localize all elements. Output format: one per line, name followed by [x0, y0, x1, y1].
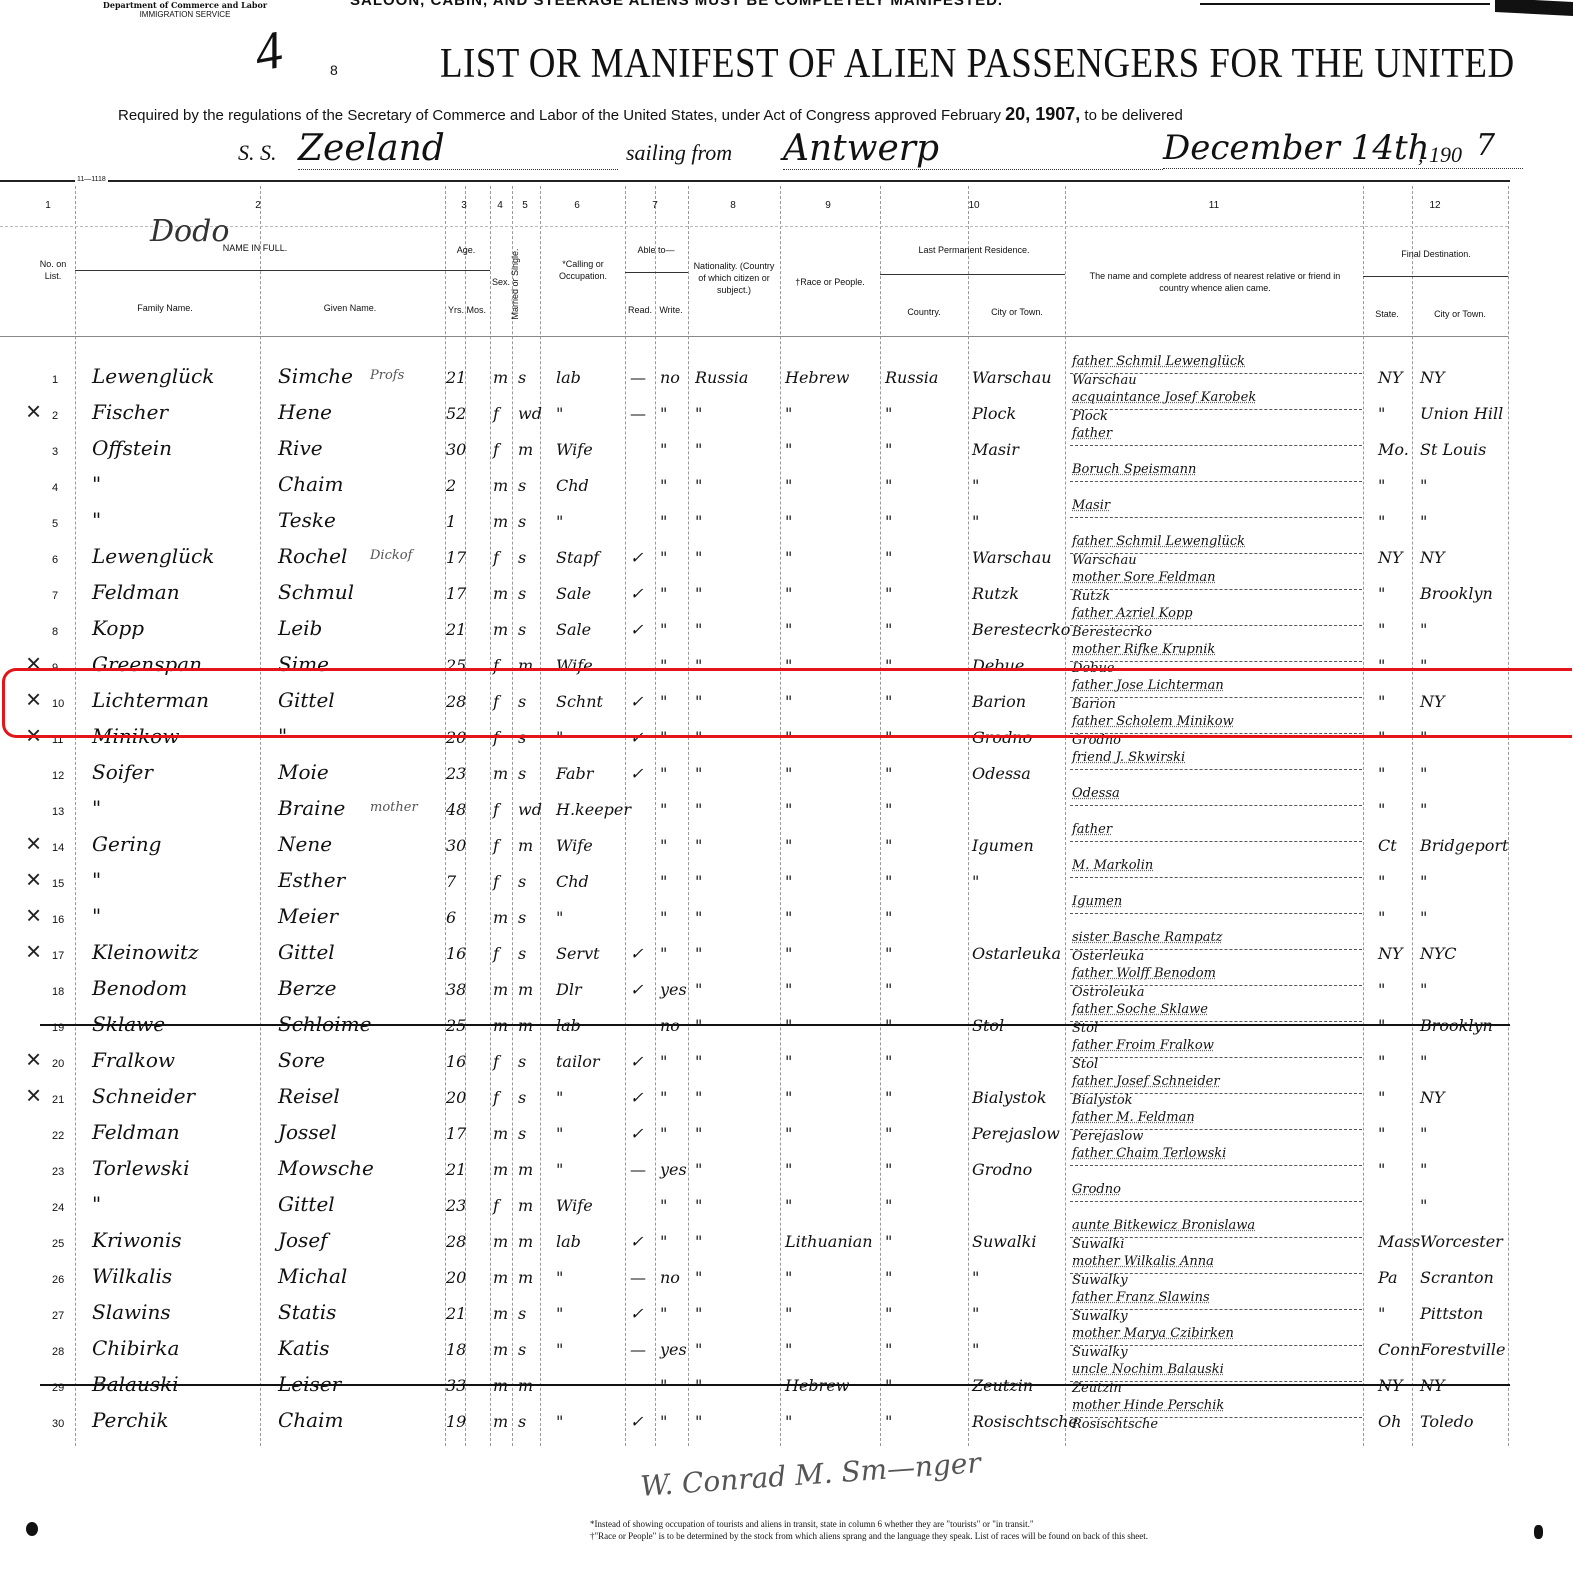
table-row: 27 Slawins Statis 21 m s " ✓ " " " " " f…	[0, 1292, 1510, 1328]
can-read: ✓	[630, 1304, 643, 1323]
residence-country: "	[885, 656, 892, 675]
marital-status: s	[518, 944, 526, 963]
age: 21	[446, 1160, 466, 1179]
residence-country: "	[885, 1196, 892, 1215]
relative-name: father Josef Schneider	[1072, 1074, 1220, 1089]
can-write: "	[660, 836, 667, 855]
age: 52	[446, 404, 466, 423]
table-row: × 20 Fralkow Sore 16 f s tailor ✓ " " " …	[0, 1040, 1510, 1076]
given-name: Statis	[278, 1300, 336, 1324]
relative-name: father M. Feldman	[1072, 1110, 1195, 1125]
occupation: "	[556, 512, 563, 531]
header-race: †Race or People.	[782, 276, 878, 288]
can-read: ✓	[630, 692, 643, 711]
residence-city: Warschau	[972, 548, 1052, 567]
destination-state: Ct	[1378, 836, 1397, 855]
sex: f	[493, 1196, 499, 1215]
marital-status: wd	[518, 800, 542, 819]
relative-dotted-rule	[1070, 625, 1362, 626]
table-row: 19 Sklawe Schloime 25 m m lab no " " " S…	[0, 1004, 1510, 1040]
occupation: Wife	[556, 440, 593, 459]
destination-state: "	[1378, 980, 1385, 999]
destination-state: "	[1378, 800, 1385, 819]
nationality: "	[695, 620, 702, 639]
given-name: Gittel	[278, 688, 335, 712]
given-name: Chaim	[278, 1408, 343, 1432]
nationality: "	[695, 1268, 702, 1287]
departure-port: Antwerp	[783, 128, 1163, 170]
given-name: Mowsche	[278, 1156, 374, 1180]
relative-place: Bialystok	[1072, 1093, 1133, 1108]
department-heading: Department of Commerce and Labor IMMIGRA…	[100, 0, 270, 20]
relative-place: Rutzk	[1072, 589, 1110, 604]
relative-dotted-rule	[1070, 1273, 1362, 1274]
residence-city: Rosischtsche	[972, 1412, 1078, 1431]
can-read: ✓	[630, 980, 643, 999]
race: "	[785, 440, 792, 459]
relative-name: mother Sore Feldman	[1072, 570, 1216, 585]
sheet-sub-number: 8	[330, 62, 338, 78]
age: 30	[446, 440, 466, 459]
destination-state: NY	[1378, 548, 1403, 567]
given-name-note: Profs	[370, 368, 404, 383]
can-read: —	[630, 368, 646, 387]
destination-state: "	[1378, 1124, 1385, 1143]
nationality: "	[695, 1304, 702, 1323]
family-name: Lichterman	[92, 688, 209, 712]
residence-city: "	[972, 1268, 979, 1287]
family-name: "	[92, 868, 101, 892]
relative-place: Suwalky	[1072, 1345, 1128, 1360]
age: 30	[446, 836, 466, 855]
relative-dotted-rule	[1070, 949, 1362, 950]
marital-status: m	[518, 440, 533, 459]
race: "	[785, 656, 792, 675]
destination-city: "	[1420, 656, 1427, 675]
relative-name: father Wolff Benodom	[1072, 966, 1216, 981]
destination-city: Brooklyn	[1420, 584, 1493, 603]
sex: m	[493, 1304, 508, 1323]
residence-country: "	[885, 1052, 892, 1071]
row-number: 7	[52, 590, 58, 602]
age: 23	[446, 764, 466, 783]
marital-status: m	[518, 1232, 533, 1251]
age: 28	[446, 692, 466, 711]
table-row: 4 " Chaim 2 m s Chd " " " " " Boruch Spe…	[0, 464, 1510, 500]
relative-dotted-rule	[1070, 805, 1362, 806]
nationality: "	[695, 908, 702, 927]
table-row: × 15 " Esther 7 f s Chd " " " " " M. Mar…	[0, 860, 1510, 896]
residence-country: "	[885, 620, 892, 639]
age: 18	[446, 1340, 466, 1359]
header-nationality: Nationality. (Country of which citizen o…	[690, 260, 778, 296]
can-write: "	[660, 404, 667, 423]
relative-dotted-rule	[1070, 1309, 1362, 1310]
given-name: Simche	[278, 364, 353, 388]
age: 25	[446, 656, 466, 675]
sex: f	[493, 872, 499, 891]
occupation: "	[556, 1160, 563, 1179]
nationality: "	[695, 584, 702, 603]
nationality: "	[695, 1412, 702, 1431]
table-row: 7 Feldman Schmul 17 m s Sale ✓ " " " " R…	[0, 572, 1510, 608]
residence-country: "	[885, 980, 892, 999]
relative-dotted-rule	[1070, 769, 1362, 770]
relative-dotted-rule	[1070, 1057, 1362, 1058]
sex: m	[493, 1160, 508, 1179]
column-number: 11	[1204, 200, 1224, 211]
column-number: 12	[1425, 200, 1445, 211]
x-mark: ×	[26, 684, 41, 715]
nationality: "	[695, 800, 702, 819]
occupation: "	[556, 1124, 563, 1143]
given-name: Meier	[278, 904, 338, 928]
marital-status: s	[518, 1088, 526, 1107]
destination-city: St Louis	[1420, 440, 1486, 459]
sex: m	[493, 1340, 508, 1359]
row-number: 28	[52, 1346, 64, 1358]
nationality: "	[695, 656, 702, 675]
relative-dotted-rule	[1070, 1237, 1362, 1238]
header-read: Read.	[626, 304, 654, 316]
can-write: "	[660, 908, 667, 927]
can-read: ✓	[630, 1412, 643, 1431]
page-title: LIST OR MANIFEST OF ALIEN PASSENGERS FOR…	[440, 40, 1515, 88]
marital-status: s	[518, 584, 526, 603]
x-mark: ×	[26, 900, 41, 931]
given-name: Moie	[278, 760, 329, 784]
destination-state: NY	[1378, 368, 1403, 387]
table-row: × 16 " Meier 6 m s " " " " " Igumen " "	[0, 896, 1510, 932]
can-write: no	[660, 1268, 680, 1287]
residence-country: "	[885, 548, 892, 567]
row-number: 14	[52, 842, 64, 854]
relative-place: Suwalky	[1072, 1273, 1128, 1288]
occupation: "	[556, 908, 563, 927]
residence-country: "	[885, 764, 892, 783]
footnote-race: †"Race or People" is to be determined by…	[590, 1530, 1148, 1542]
marital-status: s	[518, 1340, 526, 1359]
destination-city: Pittston	[1420, 1304, 1483, 1323]
relative-name: aunte Bitkewicz Bronislawa	[1072, 1218, 1255, 1233]
table-row: × 9 Greenspan Sime 25 f m Wife " " " " D…	[0, 644, 1510, 680]
header-able-to: Able to—	[628, 244, 684, 256]
race: "	[785, 1304, 792, 1323]
relative-name: father	[1072, 822, 1112, 837]
sex: f	[493, 836, 499, 855]
marital-status: s	[518, 728, 526, 747]
header-final-destination: Final Destination.	[1366, 248, 1506, 260]
marital-status: wd	[518, 404, 542, 423]
sheet-number: 4	[250, 18, 287, 84]
marital-status: s	[518, 512, 526, 531]
relative-dotted-rule	[1070, 985, 1362, 986]
residence-city: Grodno	[972, 728, 1032, 747]
destination-city: "	[1420, 1160, 1427, 1179]
sex: m	[493, 980, 508, 999]
relative-name: Igumen	[1072, 894, 1122, 909]
column-number: 7	[645, 200, 665, 211]
occupation: H.keeper	[556, 800, 631, 819]
sex: f	[493, 800, 499, 819]
race: "	[785, 1124, 792, 1143]
relative-place: Plock	[1072, 409, 1108, 424]
row-number: 13	[52, 806, 64, 818]
residence-city: Bialystok	[972, 1088, 1047, 1107]
can-read: ✓	[630, 1088, 643, 1107]
race: "	[785, 1340, 792, 1359]
occupation: lab	[556, 1232, 581, 1251]
row-number: 1	[52, 374, 58, 386]
relative-name: father Soche Sklawe	[1072, 1002, 1208, 1017]
relative-dotted-rule	[1070, 733, 1362, 734]
sex: f	[493, 656, 499, 675]
residence-city: Rutzk	[972, 584, 1019, 603]
residence-country: "	[885, 800, 892, 819]
can-write: "	[660, 1088, 667, 1107]
x-mark: ×	[26, 396, 41, 427]
marital-status: s	[518, 908, 526, 927]
regulation-line: Required by the regulations of the Secre…	[118, 104, 1183, 125]
destination-state: NY	[1378, 944, 1403, 963]
table-row: × 10 Lichterman Gittel 28 f s Schnt ✓ " …	[0, 680, 1510, 716]
relative-name: father Schmil Lewenglück	[1072, 354, 1245, 369]
race: "	[785, 1412, 792, 1431]
table-row: 1 Lewenglück Simche Profs 21 m s lab — n…	[0, 356, 1510, 392]
family-name: "	[92, 472, 101, 496]
relative-place: Ostroleuka	[1072, 985, 1144, 1000]
table-top-rule	[0, 180, 1510, 182]
relative-name: M. Markolin	[1072, 858, 1153, 873]
row-number: 15	[52, 878, 64, 890]
given-name: Teske	[278, 508, 336, 532]
nationality: "	[695, 1196, 702, 1215]
department-name: Department of Commerce and Labor	[100, 0, 270, 10]
destination-state: "	[1378, 1052, 1385, 1071]
column-number: 8	[723, 200, 743, 211]
relative-name: father Jose Lichterman	[1072, 678, 1224, 693]
age: 20	[446, 1088, 466, 1107]
relative-dotted-rule	[1070, 1129, 1362, 1130]
destination-state: "	[1378, 692, 1385, 711]
destination-state: "	[1378, 764, 1385, 783]
family-name: Slawins	[92, 1300, 171, 1324]
occupation: Wife	[556, 836, 593, 855]
relative-name: friend J. Skwirski	[1072, 750, 1185, 765]
relative-name: father Azriel Kopp	[1072, 606, 1193, 621]
occupation: Sale	[556, 584, 591, 603]
row-number: 2	[52, 410, 58, 422]
nationality: "	[695, 692, 702, 711]
residence-city: "	[972, 476, 979, 495]
relative-dotted-rule	[1070, 481, 1362, 482]
residence-country: "	[885, 1088, 892, 1107]
age: 17	[446, 1124, 466, 1143]
residence-country: "	[885, 1232, 892, 1251]
row-number: 16	[52, 914, 64, 926]
can-read: ✓	[630, 620, 643, 639]
can-write: yes	[660, 1340, 687, 1359]
family-name: Chibirka	[92, 1336, 179, 1360]
can-write: "	[660, 1412, 667, 1431]
can-write: "	[660, 800, 667, 819]
given-name: Gittel	[278, 940, 335, 964]
nationality: "	[695, 548, 702, 567]
family-name: "	[92, 796, 101, 820]
residence-city: "	[972, 872, 979, 891]
given-name: Reisel	[278, 1084, 340, 1108]
can-read: ✓	[630, 1232, 643, 1251]
given-name: Rive	[278, 436, 323, 460]
race: "	[785, 584, 792, 603]
relative-dotted-rule	[1070, 409, 1362, 410]
relative-dotted-rule	[1070, 1165, 1362, 1166]
relative-dotted-rule	[1070, 589, 1362, 590]
manifest-banner: SALOON, CABIN, AND STEERAGE ALIENS MUST …	[350, 0, 1003, 9]
voyage-line: S. S. Zeeland sailing from Antwerp Decem…	[238, 128, 1508, 172]
nationality: "	[695, 944, 702, 963]
x-mark: ×	[26, 1044, 41, 1075]
residence-country: "	[885, 512, 892, 531]
family-name: Wilkalis	[92, 1264, 172, 1288]
race: "	[785, 548, 792, 567]
relative-dotted-rule	[1070, 1093, 1362, 1094]
row-number: 12	[52, 770, 64, 782]
sex: m	[493, 1412, 508, 1431]
relative-name: father Froim Fralkow	[1072, 1038, 1214, 1053]
marital-status: m	[518, 656, 533, 675]
given-name: Rochel	[278, 544, 347, 568]
ss-label: S. S.	[238, 140, 277, 166]
annotation-dodo: Dodo	[150, 226, 229, 238]
sex: f	[493, 440, 499, 459]
table-row: × 11 Minikow " 20 f s " ✓ " " " " Grodno…	[0, 716, 1510, 752]
nationality: "	[695, 728, 702, 747]
table-row: × 2 Fischer Hene 52 f wd " — " " " " Plo…	[0, 392, 1510, 428]
destination-city: "	[1420, 1124, 1427, 1143]
given-name: Gittel	[278, 1192, 335, 1216]
family-name: Kriwonis	[92, 1228, 182, 1252]
header-yrs-mos: Yrs. Mos.	[443, 304, 491, 316]
header-state: State.	[1364, 308, 1410, 320]
table-row: × 14 Gering Nene 30 f m Wife " " " " Igu…	[0, 824, 1510, 860]
table-row: 22 Feldman Jossel 17 m s " ✓ " " " " Per…	[0, 1112, 1510, 1148]
x-mark: ×	[26, 720, 41, 751]
residence-country: "	[885, 908, 892, 927]
occupation: Dlr	[556, 980, 582, 999]
sex: m	[493, 1124, 508, 1143]
residence-city: "	[972, 1304, 979, 1323]
destination-state: "	[1378, 512, 1385, 531]
residence-city: Plock	[972, 404, 1016, 423]
destination-city: Worcester	[1420, 1232, 1503, 1251]
sex: f	[493, 1052, 499, 1071]
race: "	[785, 764, 792, 783]
race: "	[785, 980, 792, 999]
row-number: 20	[52, 1058, 64, 1070]
row-number: 5	[52, 518, 58, 530]
sex: m	[493, 512, 508, 531]
relative-dotted-rule	[1070, 445, 1362, 446]
occupation: Sale	[556, 620, 591, 639]
destination-state: "	[1378, 872, 1385, 891]
ship-name: Zeeland	[298, 128, 618, 170]
can-write: "	[660, 1232, 667, 1251]
sex: f	[493, 944, 499, 963]
column-number: 9	[818, 200, 838, 211]
occupation: Chd	[556, 476, 589, 495]
family-name: Lewenglück	[92, 544, 214, 568]
residence-city: Berestecrko	[972, 620, 1070, 639]
x-mark: ×	[26, 936, 41, 967]
sex: m	[493, 1232, 508, 1251]
age: 21	[446, 620, 466, 639]
header-dest-city: City or Town.	[1414, 308, 1506, 320]
nationality: "	[695, 980, 702, 999]
relative-dotted-rule	[1070, 373, 1362, 374]
residence-country: "	[885, 1340, 892, 1359]
row-number: 8	[52, 626, 58, 638]
marital-status: s	[518, 692, 526, 711]
residence-country: "	[885, 1412, 892, 1431]
service-name: IMMIGRATION SERVICE	[100, 10, 270, 20]
relative-dotted-rule	[1070, 1201, 1362, 1202]
can-read: —	[630, 1160, 646, 1179]
relative-place: Grodno	[1072, 733, 1121, 748]
row-number: 18	[52, 986, 64, 998]
destination-city: "	[1420, 1052, 1427, 1071]
nationality: "	[695, 872, 702, 891]
banner-rule	[1200, 3, 1490, 5]
can-write: "	[660, 1124, 667, 1143]
race: "	[785, 620, 792, 639]
table-row: 24 " Gittel 23 f m Wife " " " " Grodno "	[0, 1184, 1510, 1220]
residence-country: "	[885, 476, 892, 495]
nationality: "	[695, 1232, 702, 1251]
year-prefix: , 190	[1418, 142, 1462, 168]
destination-state: Conn	[1378, 1340, 1420, 1359]
column-number: 2	[248, 200, 268, 211]
regulation-prefix: Required by the regulations of the Secre…	[118, 107, 1001, 124]
column-number: 5	[515, 200, 535, 211]
residence-country: "	[885, 1160, 892, 1179]
given-name: Braine	[278, 796, 345, 820]
relative-dotted-rule	[1070, 697, 1362, 698]
signature: W. Conrad M. Sm—nger	[639, 1446, 982, 1503]
race: "	[785, 836, 792, 855]
given-name: Katis	[278, 1336, 330, 1360]
row-number: 22	[52, 1130, 64, 1142]
race: "	[785, 728, 792, 747]
relative-name: Grodno	[1072, 1182, 1121, 1197]
age: 7	[446, 872, 456, 891]
can-write: "	[660, 656, 667, 675]
marital-status: s	[518, 1124, 526, 1143]
table-row: 18 Benodom Berze 38 m m Dlr ✓ yes " " " …	[0, 968, 1510, 1004]
occupation: "	[556, 1088, 563, 1107]
column-number: 10	[964, 200, 984, 211]
residence-country: "	[885, 728, 892, 747]
nationality: "	[695, 836, 702, 855]
row-number: 9	[52, 662, 58, 674]
race: Hebrew	[785, 368, 849, 387]
given-name: Sime	[278, 652, 329, 676]
residence-city: Barion	[972, 692, 1026, 711]
footnotes: *Instead of showing occupation of touris…	[590, 1518, 1148, 1542]
nationality: "	[695, 764, 702, 783]
marital-status: m	[518, 1160, 533, 1179]
table-row: 12 Soifer Moie 23 m s Fabr ✓ " " " " Ode…	[0, 752, 1510, 788]
